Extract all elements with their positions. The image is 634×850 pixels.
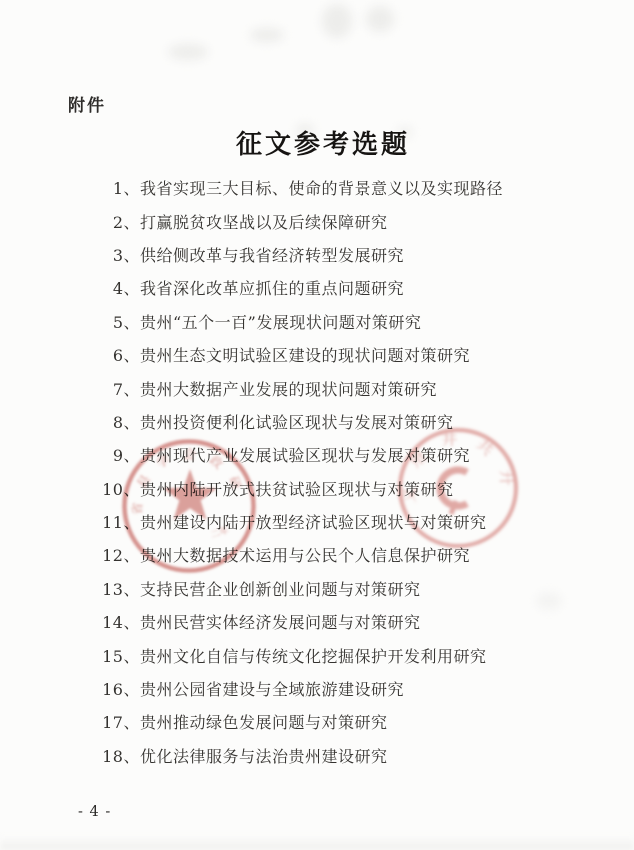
topic-text: 贵州推动绿色发展问题与对策研究: [140, 710, 388, 733]
topic-row: 5、 贵州“五个一百”发展现状问题对策研究: [96, 305, 566, 338]
topic-row: 8、 贵州投资便利化试验区现状与发展对策研究: [96, 405, 566, 438]
topic-text: 贵州“五个一百”发展现状问题对策研究: [140, 310, 421, 333]
topic-row: 17、 贵州推动绿色发展问题与对策研究: [96, 705, 566, 738]
scan-smudge: [366, 6, 394, 32]
scan-smudge: [322, 4, 352, 38]
topic-row: 6、 贵州生态文明试验区建设的现状问题对策研究: [96, 338, 566, 371]
topic-number: 12、: [96, 543, 140, 566]
topic-text: 我省深化改革应抓住的重点问题研究: [140, 276, 404, 299]
topic-row: 10、 贵州内陆开放式扶贫试验区现状与对策研究: [96, 472, 566, 505]
topic-number: 2、: [96, 210, 140, 233]
topic-number: 6、: [96, 343, 140, 366]
topic-text: 支持民营企业创新创业问题与对策研究: [140, 577, 421, 600]
topic-number: 5、: [96, 310, 140, 333]
page-title: 征文参考选题: [0, 124, 634, 161]
topic-number: 4、: [96, 276, 140, 299]
topic-number: 18、: [96, 744, 140, 767]
topic-row: 18、 优化法律服务与法治贵州建设研究: [96, 739, 566, 772]
topic-row: 7、 贵州大数据产业发展的现状问题对策研究: [96, 371, 566, 404]
topic-number: 16、: [96, 677, 140, 700]
topic-number: 1、: [96, 176, 140, 199]
topic-number: 10、: [96, 477, 140, 500]
topic-row: 3、 供给侧改革与我省经济转型发展研究: [96, 238, 566, 271]
topic-number: 8、: [96, 410, 140, 433]
topic-text: 贵州内陆开放式扶贫试验区现状与对策研究: [140, 477, 454, 500]
topic-text: 贵州公园省建设与全域旅游建设研究: [140, 677, 404, 700]
scan-smudge: [168, 44, 208, 60]
topic-number: 14、: [96, 610, 140, 633]
topic-text: 贵州投资便利化试验区现状与发展对策研究: [140, 410, 454, 433]
topic-text: 贵州大数据技术运用与公民个人信息保护研究: [140, 543, 470, 566]
topic-text: 贵州建设内陆开放型经济试验区现状与对策研究: [140, 510, 487, 533]
topic-number: 7、: [96, 377, 140, 400]
scan-edge-shade: [0, 835, 634, 850]
topic-text: 贵州现代产业发展试验区现状与发展对策研究: [140, 443, 470, 466]
topic-number: 13、: [96, 577, 140, 600]
topic-row: 14、 贵州民营实体经济发展问题与对策研究: [96, 605, 566, 638]
topic-number: 15、: [96, 644, 140, 667]
scan-smudge: [250, 28, 284, 42]
attachment-label: 附件: [68, 91, 106, 116]
topic-text: 我省实现三大目标、使命的背景意义以及实现路径: [140, 176, 503, 199]
topic-number: 17、: [96, 710, 140, 733]
topic-text: 打赢脱贫攻坚战以及后续保障研究: [140, 210, 388, 233]
topic-text: 贵州生态文明试验区建设的现状问题对策研究: [140, 343, 470, 366]
topic-text: 贵州文化自信与传统文化挖掘保护开发利用研究: [140, 644, 487, 667]
topic-text: 贵州民营实体经济发展问题与对策研究: [140, 610, 421, 633]
topic-list: 1、 我省实现三大目标、使命的背景意义以及实现路径 2、 打赢脱贫攻坚战以及后续…: [96, 171, 566, 772]
topic-row: 12、 贵州大数据技术运用与公民个人信息保护研究: [96, 538, 566, 571]
topic-row: 13、 支持民营企业创新创业问题与对策研究: [96, 572, 566, 605]
topic-text: 优化法律服务与法治贵州建设研究: [140, 744, 388, 767]
topic-number: 11、: [96, 510, 140, 533]
topic-row: 16、 贵州公园省建设与全域旅游建设研究: [96, 672, 566, 705]
topic-text: 供给侧改革与我省经济转型发展研究: [140, 243, 404, 266]
topic-row: 9、 贵州现代产业发展试验区现状与发展对策研究: [96, 438, 566, 471]
scanned-document-page: 附件 征文参考选题 1、 我省实现三大目标、使命的背景意义以及实现路径 2、 打…: [0, 0, 634, 850]
topic-row: 11、 贵州建设内陆开放型经济试验区现状与对策研究: [96, 505, 566, 538]
topic-text: 贵州大数据产业发展的现状问题对策研究: [140, 377, 437, 400]
topic-row: 2、 打赢脱贫攻坚战以及后续保障研究: [96, 204, 566, 237]
page-number: - 4 -: [78, 804, 111, 820]
topic-row: 4、 我省深化改革应抓住的重点问题研究: [96, 271, 566, 304]
topic-row: 1、 我省实现三大目标、使命的背景意义以及实现路径: [96, 171, 566, 204]
topic-row: 15、 贵州文化自信与传统文化挖掘保护开发利用研究: [96, 638, 566, 671]
topic-number: 9、: [96, 443, 140, 466]
topic-number: 3、: [96, 243, 140, 266]
